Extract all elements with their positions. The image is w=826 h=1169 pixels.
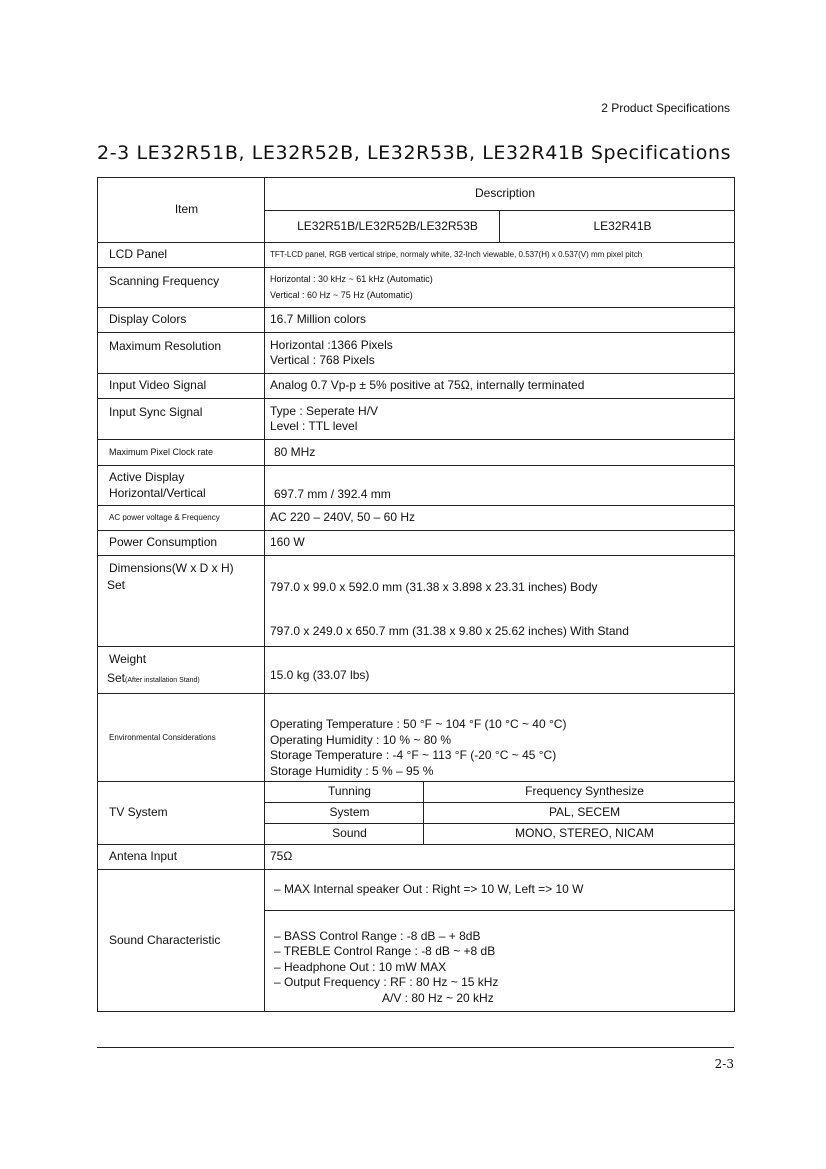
model-group-b-label: LE32R41B [593, 219, 651, 233]
resolution-vertical: Vertical : 768 Pixels [270, 353, 734, 369]
weight-note: (After installation Stand) [125, 677, 200, 684]
row-value: Horizontal :1366 Pixels Vertical : 768 P… [265, 333, 735, 374]
sound-details: – BASS Control Range : -8 dB – + 8dB – T… [265, 911, 735, 1012]
dimensions-sublabel: Set [107, 578, 264, 594]
specifications-table: Item Description LE32R51B/LE32R52B/LE32R… [97, 177, 735, 1012]
table-row: Input Video Signal Analog 0.7 Vp-p ± 5% … [98, 374, 735, 399]
page-number: 2-3 [715, 1057, 734, 1071]
header-model-group-a: LE32R51B/LE32R52B/LE32R53B [265, 211, 500, 243]
tv-system-key: Sound [265, 824, 424, 845]
weight-label: Weight [109, 652, 264, 668]
dimensions-body: 797.0 x 99.0 x 592.0 mm (31.38 x 3.898 x… [270, 580, 734, 596]
table-row: Maximum Resolution Horizontal :1366 Pixe… [98, 333, 735, 374]
tv-system-value: Frequency Synthesize [424, 782, 735, 803]
row-value: Horizontal : 30 kHz ~ 61 kHz (Automatic)… [265, 268, 735, 308]
row-value: Operating Temperature : 50 °F ~ 104 °F (… [265, 694, 735, 782]
row-label: AC power voltage & Frequency [98, 506, 265, 531]
row-label: LCD Panel [98, 243, 265, 268]
footer-rule [97, 1047, 734, 1048]
table-row: TV System Tunning Frequency Synthesize [98, 782, 735, 803]
row-label: Antena Input [98, 845, 265, 870]
row-label: Weight Set(After installation Stand) [98, 647, 265, 694]
row-label: Scanning Frequency [98, 268, 265, 308]
row-value: Type : Seperate H/V Level : TTL level [265, 399, 735, 440]
row-label: Sound Characteristic [98, 870, 265, 1012]
output-frequency-av: A/V : 80 Hz ~ 20 kHz [274, 991, 734, 1007]
scan-horizontal: Horizontal : 30 kHz ~ 61 kHz (Automatic) [270, 272, 734, 288]
treble-range: – TREBLE Control Range : -8 dB ~ +8 dB [274, 944, 734, 960]
row-label: Active Display Horizontal/Vertical [98, 466, 265, 506]
row-label: Input Video Signal [98, 374, 265, 399]
table-row: Environmental Considerations Operating T… [98, 694, 735, 782]
header-item: Item [98, 178, 265, 243]
header-description: Description [265, 178, 735, 211]
row-label: Input Sync Signal [98, 399, 265, 440]
row-value: Analog 0.7 Vp-p ± 5% positive at 75Ω, in… [265, 374, 735, 399]
table-row: Weight Set(After installation Stand) 15.… [98, 647, 735, 694]
scan-vertical: Vertical : 60 Hz ~ 75 Hz (Automatic) [270, 288, 734, 304]
table-row: Power Consumption 160 W [98, 531, 735, 556]
row-value: TFT-LCD panel, RGB vertical stripe, norm… [265, 243, 735, 268]
table-row: Sound Characteristic – MAX Internal spea… [98, 870, 735, 911]
operating-temperature: Operating Temperature : 50 °F ~ 104 °F (… [270, 717, 734, 733]
header-model-group-b: LE32R41B [500, 211, 735, 243]
running-head: 2 Product Specifications [601, 101, 730, 115]
row-value: 160 W [265, 531, 735, 556]
row-label: Environmental Considerations [98, 694, 265, 782]
operating-humidity: Operating Humidity : 10 % ~ 80 % [270, 733, 734, 749]
output-frequency-rf: – Output Frequency : RF : 80 Hz ~ 15 kHz [274, 975, 734, 991]
table-row: Active Display Horizontal/Vertical 697.7… [98, 466, 735, 506]
row-label: Dimensions(W x D x H) Set [98, 556, 265, 647]
sync-level: Level : TTL level [270, 419, 734, 435]
row-label: Maximum Resolution [98, 333, 265, 374]
bass-range: – BASS Control Range : -8 dB – + 8dB [274, 929, 734, 945]
table-row: Scanning Frequency Horizontal : 30 kHz ~… [98, 268, 735, 308]
weight-sublabel: Set [107, 671, 125, 685]
table-row: Antena Input 75Ω [98, 845, 735, 870]
tv-system-value: MONO, STEREO, NICAM [424, 824, 735, 845]
headphone-out: – Headphone Out : 10 mW MAX [274, 960, 734, 976]
table-row: LCD Panel TFT-LCD panel, RGB vertical st… [98, 243, 735, 268]
table-row: AC power voltage & Frequency AC 220 – 24… [98, 506, 735, 531]
sync-type: Type : Seperate H/V [270, 404, 734, 420]
row-value: 16.7 Million colors [265, 308, 735, 333]
row-label: Power Consumption [98, 531, 265, 556]
resolution-horizontal: Horizontal :1366 Pixels [270, 338, 734, 354]
table-row: Display Colors 16.7 Million colors [98, 308, 735, 333]
tv-system-key: Tunning [265, 782, 424, 803]
table-row: Maximum Pixel Clock rate 80 MHz [98, 440, 735, 466]
row-value: 697.7 mm / 392.4 mm [265, 466, 735, 506]
storage-temperature: Storage Temperature : -4 °F ~ 113 °F (-2… [270, 748, 734, 764]
row-value: 75Ω [265, 845, 735, 870]
active-display-label: Active Display [109, 470, 264, 486]
table-row: Input Sync Signal Type : Seperate H/V Le… [98, 399, 735, 440]
row-value: 797.0 x 99.0 x 592.0 mm (31.38 x 3.898 x… [265, 556, 735, 647]
row-label: Display Colors [98, 308, 265, 333]
dimensions-with-stand: 797.0 x 249.0 x 650.7 mm (31.38 x 9.80 x… [270, 624, 734, 640]
row-value: AC 220 – 240V, 50 – 60 Hz [265, 506, 735, 531]
tv-system-value: PAL, SECEM [424, 803, 735, 824]
active-display-sublabel: Horizontal/Vertical [109, 486, 264, 502]
storage-humidity: Storage Humidity : 5 % – 95 % [270, 764, 734, 780]
dimensions-label: Dimensions(W x D x H) [109, 561, 264, 577]
tv-system-key: System [265, 803, 424, 824]
row-value: 80 MHz [265, 440, 735, 466]
row-label: Maximum Pixel Clock rate [98, 440, 265, 466]
row-value: 15.0 kg (33.07 lbs) [265, 647, 735, 694]
page-title: 2-3 LE32R51B, LE32R52B, LE32R53B, LE32R4… [97, 142, 731, 164]
table-row: Dimensions(W x D x H) Set 797.0 x 99.0 x… [98, 556, 735, 647]
sound-speaker-out: – MAX Internal speaker Out : Right => 10… [265, 870, 735, 911]
row-label: TV System [98, 782, 265, 845]
